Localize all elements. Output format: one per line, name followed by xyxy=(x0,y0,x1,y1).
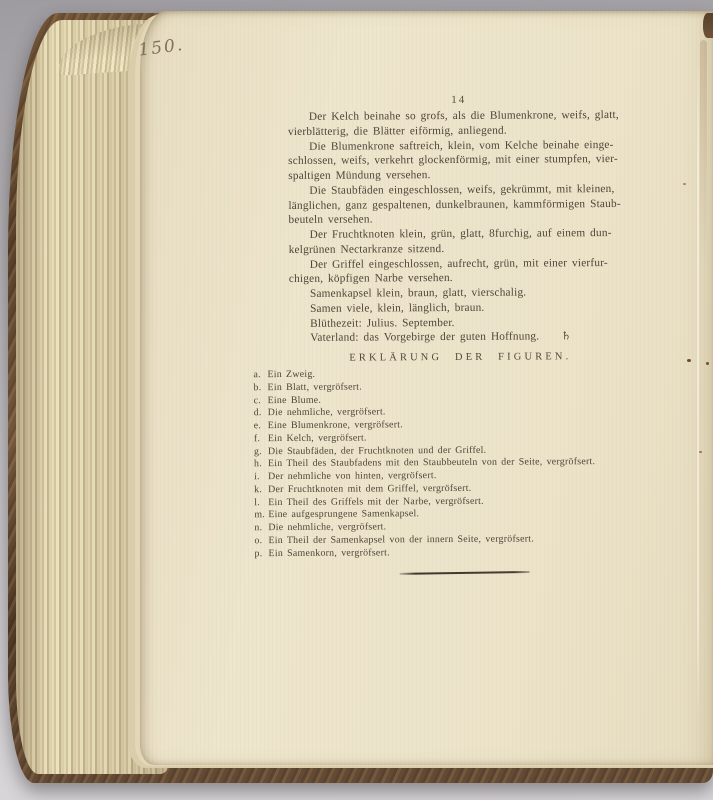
figure-item-text: Ein Blatt, vergröfsert. xyxy=(267,381,362,393)
figure-item-label: k. xyxy=(254,484,268,497)
figure-item-label: b. xyxy=(253,382,267,395)
figure-item-text: Die Staubfäden, der Fruchtknoten und der… xyxy=(268,444,487,456)
figure-item-text: Die nehmliche, vergröfsert. xyxy=(268,407,386,419)
figure-item-text: Ein Kelch, vergröfsert. xyxy=(268,432,367,444)
figure-item-text: Ein Samenkorn, vergröfsert. xyxy=(269,547,390,559)
figure-item-label: p. xyxy=(255,548,269,561)
body-text-line-text: Vaterland: das Vorgebirge der guten Hoff… xyxy=(310,331,539,344)
figure-item-text: Ein Theil des Griffels mit der Narbe, ve… xyxy=(268,495,484,507)
section-divider-rule xyxy=(400,571,530,575)
saturn-symbol: ♄ xyxy=(561,330,571,343)
figure-item-label: g. xyxy=(254,446,268,459)
figure-item-label: a. xyxy=(253,369,267,382)
figure-item-label: m. xyxy=(254,509,268,522)
figure-item-text: Eine Blumenkrone, vergröfsert. xyxy=(268,419,403,431)
figure-item: p.Ein Samenkorn, vergröfsert. xyxy=(255,545,655,560)
figure-item-label: c. xyxy=(254,395,268,408)
figure-item-label: f. xyxy=(254,433,268,446)
body-text-line: Der Fruchtknoten klein, grün, glatt, 8fu… xyxy=(289,226,634,243)
figure-item-text: Ein Zweig. xyxy=(267,369,315,380)
figure-item-label: n. xyxy=(254,522,268,535)
figures-heading: ERKLÄRUNG DER FIGUREN. xyxy=(289,351,631,364)
printed-page-content: 150. 14 Der Kelch beinahe so grofs, als … xyxy=(0,0,713,800)
figure-item-label: o. xyxy=(254,535,268,548)
body-text-line: Der Kelch beinahe so grofs, als die Blum… xyxy=(288,108,633,125)
handwritten-folio-number: 150. xyxy=(137,35,185,61)
body-text-line: länglichen, ganz gespaltenen, dunkelbrau… xyxy=(288,196,633,213)
figure-item-text: Eine aufgesprungene Samenkapsel. xyxy=(268,508,419,520)
body-text-line: Die Staubfäden eingeschlossen, weifs, ge… xyxy=(288,182,633,199)
figure-item-text: Ein Theil des Staubfadens mit den Staubb… xyxy=(268,456,595,469)
body-text-line: Vaterland: das Vorgebirge der guten Hoff… xyxy=(289,329,634,346)
figure-item-label: h. xyxy=(254,458,268,471)
figure-item-label: e. xyxy=(254,420,268,433)
figure-item: h.Ein Theil des Staubfadens mit den Stau… xyxy=(254,456,654,471)
figure-item-label: l. xyxy=(254,497,268,510)
body-text: Der Kelch beinahe so grofs, als die Blum… xyxy=(288,108,634,346)
figure-item-text: Der Fruchtknoten mit dem Griffel, vergrö… xyxy=(268,483,471,495)
page-number: 14 xyxy=(288,93,630,107)
figure-item-label: i. xyxy=(254,471,268,484)
figure-item-label: d. xyxy=(254,407,268,420)
figure-item-text: Der nehmliche von hinten, vergröfsert. xyxy=(268,470,437,482)
body-text-line: schlossen, weifs, verkehrt glockenförmig… xyxy=(288,152,633,169)
figure-list: a.Ein Zweig. b.Ein Blatt, vergröfsert. c… xyxy=(253,367,654,561)
body-text-line: Der Griffel eingeschlossen, aufrecht, gr… xyxy=(289,256,634,273)
figure-item-text: Eine Blume. xyxy=(268,394,322,405)
figure-item-text: Ein Theil der Samenkapsel von der innern… xyxy=(268,533,534,546)
figure-item-text: Die nehmliche, vergröfsert. xyxy=(268,521,386,533)
